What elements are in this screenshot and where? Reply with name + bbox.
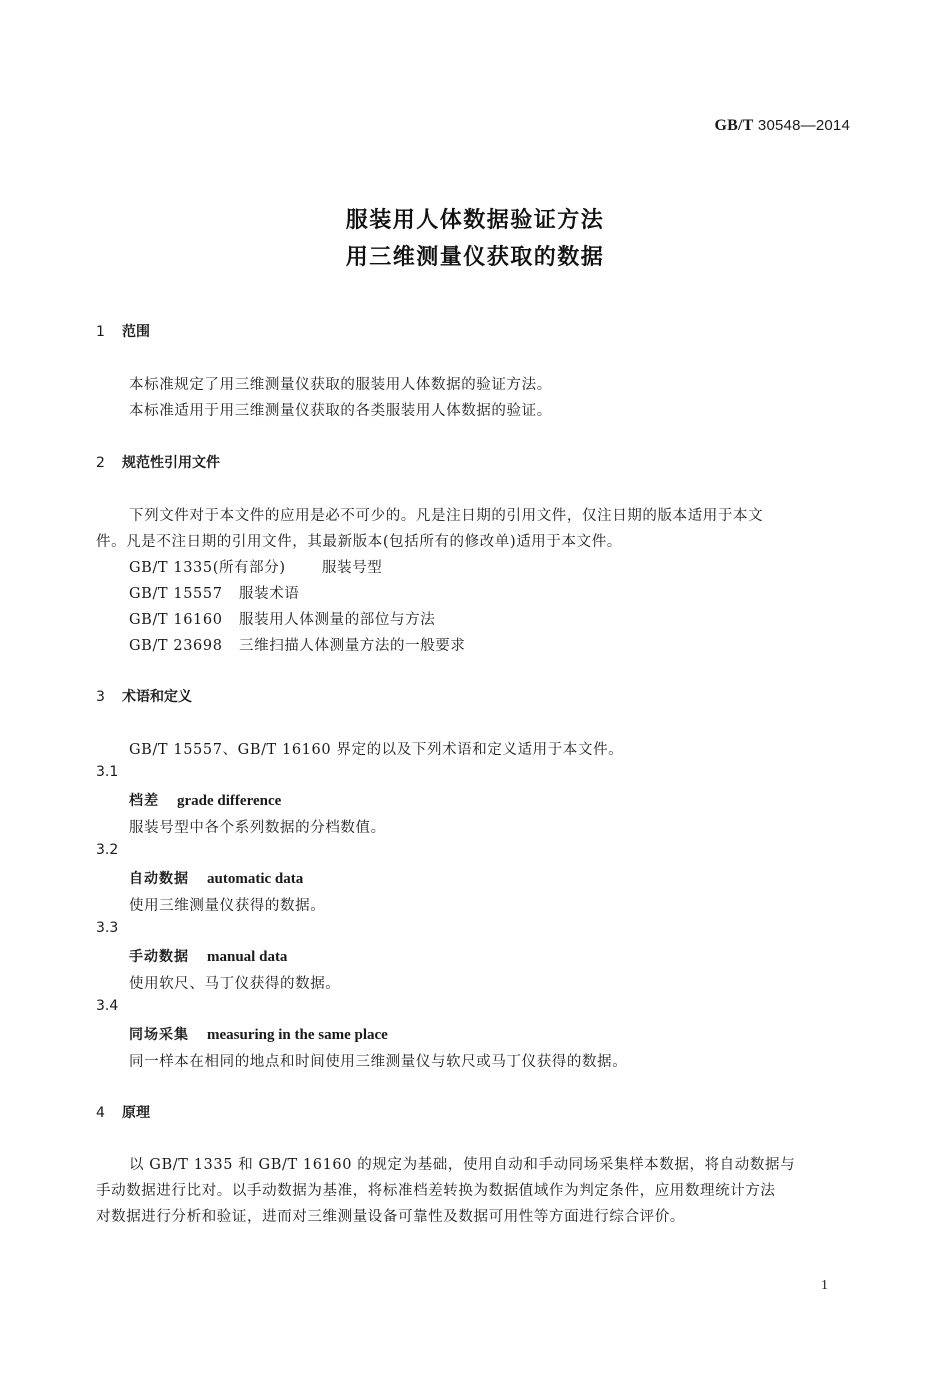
section-1-heading: 1范围 <box>96 321 150 341</box>
reference-item: GB/T 15557服装术语 <box>129 582 299 603</box>
page-number: 1 <box>821 1278 828 1294</box>
section-number: 3 <box>96 689 122 705</box>
reference-item: GB/T 16160服装用人体测量的部位与方法 <box>129 608 435 629</box>
document-page: GB/T 30548—2014 服装用人体数据验证方法 用三维测量仪获取的数据 … <box>0 0 950 1389</box>
term-number: 3.2 <box>96 842 118 858</box>
term-definition: 同一样本在相同的地点和时间使用三维测量仪与软尺或马丁仪获得的数据。 <box>129 1050 627 1071</box>
reference-title: 服装号型 <box>322 560 382 576</box>
reference-title: 三维扫描人体测量方法的一般要求 <box>239 638 466 654</box>
paragraph: 本标准规定了用三维测量仪获取的服装用人体数据的验证方法。 <box>129 373 552 394</box>
term-number: 3.3 <box>96 920 118 936</box>
reference-code: GB/T 1335(所有部分) <box>129 556 322 577</box>
term-zh: 同场采集 <box>129 1027 189 1043</box>
section-title: 规范性引用文件 <box>122 455 220 471</box>
section-3-heading: 3术语和定义 <box>96 686 192 706</box>
paragraph: 下列文件对于本文件的应用是必不可少的。凡是注日期的引用文件，仅注日期的版本适用于… <box>129 504 763 525</box>
section-4-heading: 4原理 <box>96 1102 150 1122</box>
document-title-line1: 服装用人体数据验证方法 <box>0 203 950 234</box>
term-zh: 档差 <box>129 793 159 809</box>
paragraph: 对数据进行分析和验证，进而对三维测量设备可靠性及数据可用性等方面进行综合评价。 <box>96 1205 685 1226</box>
term-definition: 服装号型中各个系列数据的分档数值。 <box>129 816 386 837</box>
reference-item: GB/T 23698三维扫描人体测量方法的一般要求 <box>129 634 466 655</box>
term-zh: 手动数据 <box>129 949 189 965</box>
reference-title: 服装术语 <box>239 586 299 602</box>
standard-number: 30548—2014 <box>758 117 850 134</box>
reference-code: GB/T 23698 <box>129 638 239 654</box>
section-number: 4 <box>96 1105 122 1121</box>
term-definition: 使用软尺、马丁仪获得的数据。 <box>129 972 340 993</box>
section-title: 范围 <box>122 324 150 340</box>
section-number: 2 <box>96 455 122 471</box>
section-number: 1 <box>96 324 122 340</box>
reference-code: GB/T 15557 <box>129 586 239 602</box>
paragraph: 本标准适用于用三维测量仪获取的各类服装用人体数据的验证。 <box>129 399 552 420</box>
term-en: grade difference <box>177 793 281 809</box>
paragraph: 件。凡是不注日期的引用文件，其最新版本(包括所有的修改单)适用于本文件。 <box>96 530 622 551</box>
term-en: measuring in the same place <box>207 1027 388 1043</box>
term-en: manual data <box>207 949 287 965</box>
term-zh: 自动数据 <box>129 871 189 887</box>
paragraph: 以 GB/T 1335 和 GB/T 16160 的规定为基础，使用自动和手动同… <box>129 1153 795 1174</box>
paragraph: GB/T 15557、GB/T 16160 界定的以及下列术语和定义适用于本文件… <box>129 738 623 759</box>
term-definition: 使用三维测量仪获得的数据。 <box>129 894 325 915</box>
section-2-heading: 2规范性引用文件 <box>96 452 220 472</box>
paragraph: 手动数据进行比对。以手动数据为基准，将标准档差转换为数据值域作为判定条件，应用数… <box>96 1179 776 1200</box>
document-title-line2: 用三维测量仪获取的数据 <box>0 240 950 271</box>
standard-prefix: GB/T <box>714 117 753 134</box>
term-number: 3.4 <box>96 998 118 1014</box>
reference-item: GB/T 1335(所有部分)服装号型 <box>129 556 382 577</box>
section-title: 术语和定义 <box>122 689 192 705</box>
term-heading: 档差grade difference <box>129 790 281 810</box>
term-heading: 自动数据automatic data <box>129 868 303 888</box>
section-title: 原理 <box>122 1105 150 1121</box>
standard-code: GB/T 30548—2014 <box>714 117 850 135</box>
term-en: automatic data <box>207 871 303 887</box>
term-heading: 同场采集measuring in the same place <box>129 1024 388 1044</box>
term-heading: 手动数据manual data <box>129 946 287 966</box>
reference-title: 服装用人体测量的部位与方法 <box>239 612 435 628</box>
reference-code: GB/T 16160 <box>129 612 239 628</box>
term-number: 3.1 <box>96 764 118 780</box>
